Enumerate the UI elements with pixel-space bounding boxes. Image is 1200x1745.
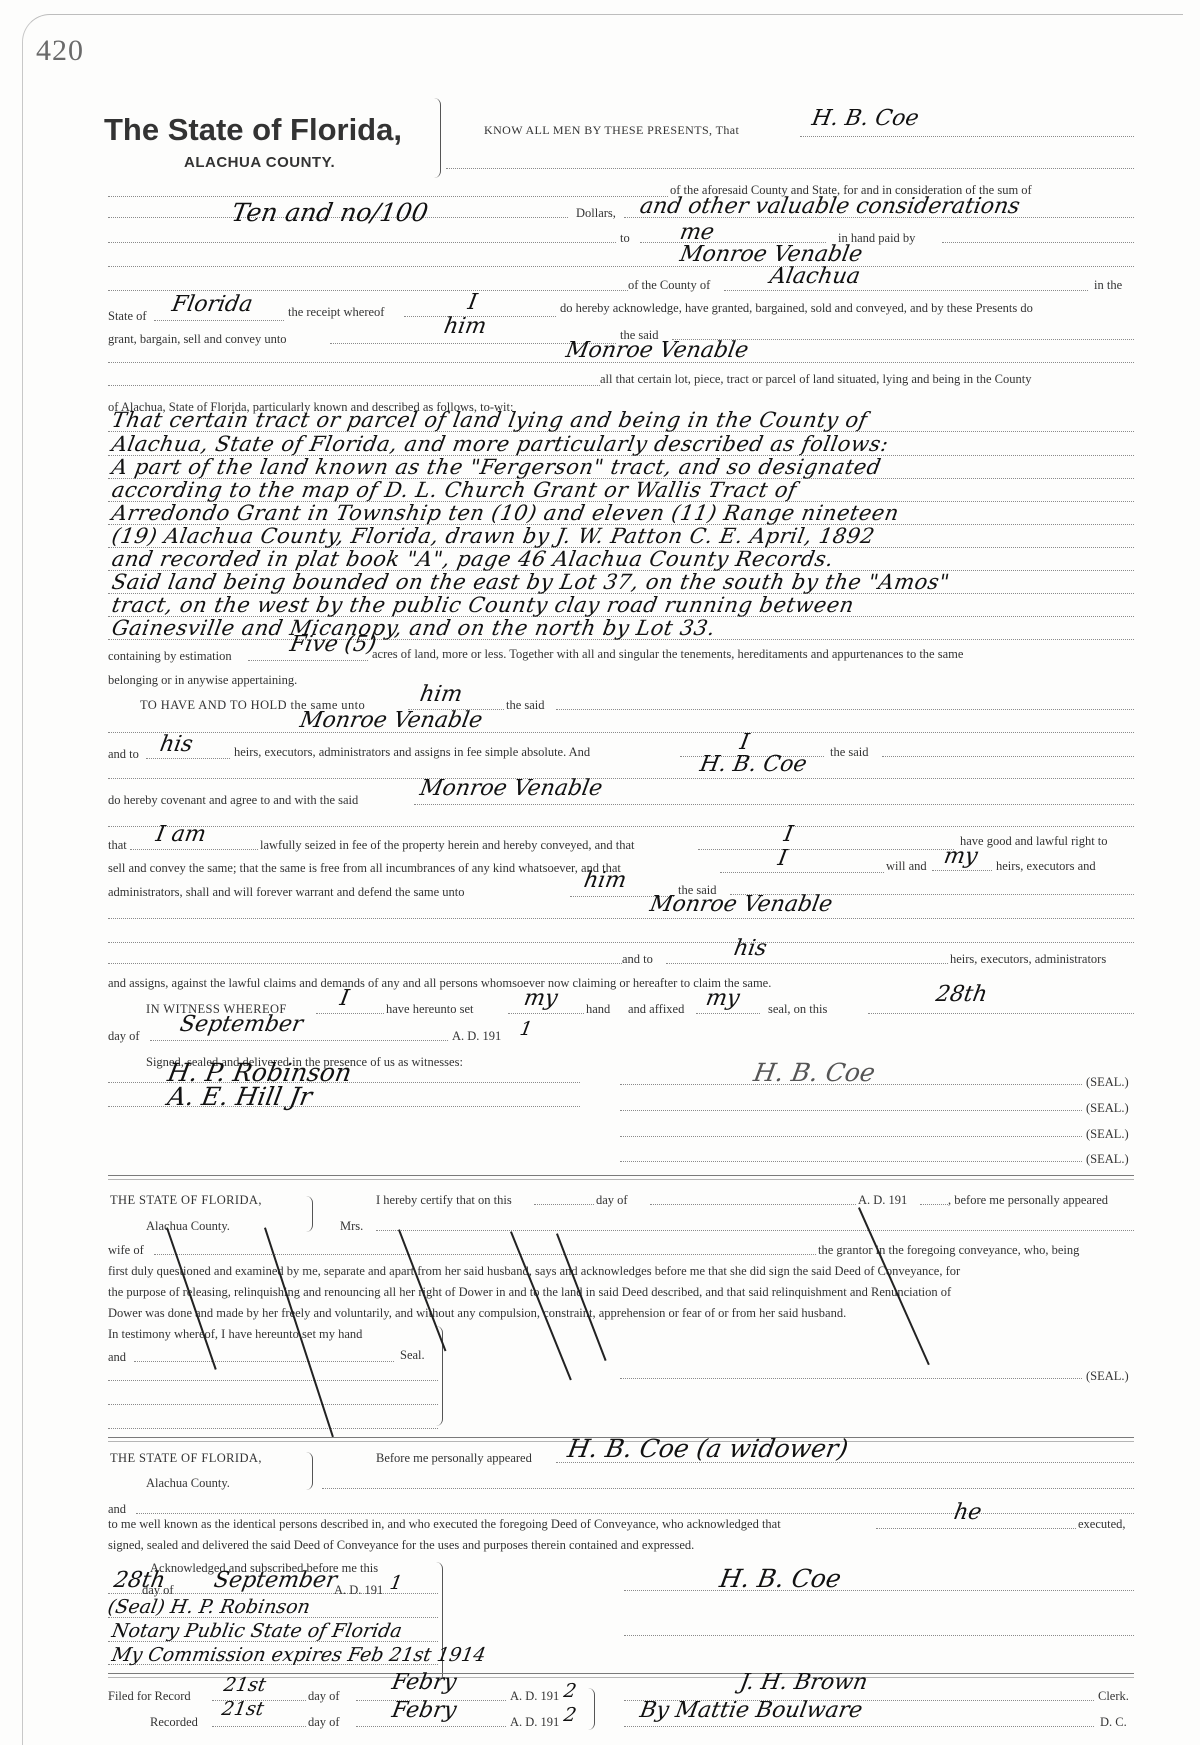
blank-line [108,1428,438,1429]
grantee-pronoun-handwritten: him [442,316,488,338]
ack-signature: H. B. Coe [718,1566,843,1591]
page-number: 420 [36,34,84,68]
affixed-line [696,1013,760,1014]
seal-label-2: (SEAL.) [1086,1102,1129,1115]
county-subtitle: ALACHUA COUNTY. [184,154,335,171]
deputy-line [624,1726,1094,1727]
dower-body-3: Dower was done and made by her freely an… [108,1307,846,1320]
deputy-handwritten: By Mattie Boulware [638,1700,864,1722]
filed-ad-label: A. D. 191 [510,1690,559,1703]
set-handwritten: my [522,988,559,1010]
blank-line [322,1488,1134,1489]
dower-seal-label: (SEAL.) [1086,1370,1129,1383]
notary-commission-handwritten: My Commission expires Feb 21st 1914 [110,1646,487,1665]
to-handwritten: me [678,222,716,244]
signature-line [620,1110,1082,1111]
and-to-handwritten: his [732,938,768,960]
grant-text: grant, bargain, sell and convey unto [108,333,287,346]
county-line [724,290,1088,291]
sell-text: sell and convey the same; that the same … [108,862,621,875]
month-handwritten: September [178,1014,304,1036]
other-consideration-handwritten: and other valuable considerations [638,196,1021,218]
receipt-whereof-label: the receipt whereof [288,306,384,319]
affixed-handwritten: my [704,988,741,1010]
blank-line [108,942,1134,943]
ack-and-label: and [108,1503,126,1516]
blank-line [108,1404,438,1405]
his-handwritten: his [158,734,194,756]
ad-label: A. D. 191 [452,1030,501,1043]
will-line [932,870,992,871]
have-good-text: have good and lawful right to [960,835,1108,848]
dower-body-2: the purpose of releasing, relinquishing … [108,1286,951,1299]
blank-line [942,242,1134,243]
description-line-7: and recorded in plat book "A", page 46 A… [110,549,835,570]
filed-label: Filed for Record [108,1690,191,1703]
blank-line [108,385,600,386]
and-affixed-label: and affixed [628,1003,684,1016]
testimony-text: In testimony whereof, I have hereunto se… [108,1328,362,1341]
ack-state: THE STATE OF FLORIDA, [110,1452,262,1465]
his-line [146,758,230,759]
of-county-label: of the County of [628,279,710,292]
grantor-signature: H. B. Coe [752,1060,877,1085]
recorded-day-line [212,1726,306,1727]
heirs-text: heirs, executors, administrators and ass… [234,746,590,759]
blank-line [136,1513,1134,1514]
the-said-label-2: the said [830,746,869,759]
admins-text: administrators, shall and will forever w… [108,886,464,899]
description-line-10: Gainesville and Micanopy, and on the nor… [110,618,717,639]
dc-label: D. C. [1100,1716,1127,1729]
assigns-text: and assigns, against the lawful claims a… [108,977,771,990]
heirs-exec-admin-text: heirs, executors, administrators [950,953,1106,966]
blank-line [556,709,1134,710]
description-line-5: Arredondo Grant in Township ten (10) and… [110,503,901,524]
recorded-month-line [356,1726,506,1727]
that-handwritten: I am [154,824,208,846]
description-line-3: A part of the land known as the "Fergers… [110,457,883,478]
known-text: to me well known as the identical person… [108,1518,781,1531]
and-label: and [108,1351,126,1364]
filed-day-handwritten: 21st [222,1676,267,1695]
blank-line [376,1230,1134,1231]
brace [306,1452,313,1490]
hand-label: hand [586,1003,610,1016]
before-me-text: , before me personally appeared [948,1194,1108,1207]
appeared-handwritten: H. B. Coe (a widower) [566,1436,850,1461]
grantee-line [108,732,1134,733]
seal-label-1: (SEAL.) [1086,1076,1129,1089]
seal-label: Seal. [400,1349,425,1362]
known-handwritten: he [952,1502,983,1524]
day-line [868,1013,1134,1014]
set-line [508,1013,584,1014]
grantor-text: the grantor in the foregoing conveyance,… [818,1244,1079,1257]
belonging-text: belonging or in anywise appertaining. [108,674,297,687]
sum-handwritten: Ten and no/100 [230,200,430,225]
will-handwritten: my [942,846,979,868]
blank-line [108,826,1134,827]
filed-month-handwritten: Febry [390,1672,458,1694]
mrs-label: Mrs. [340,1220,363,1233]
covenant-handwritten: Monroe Venable [418,778,604,800]
signature-line [620,1161,1082,1162]
know-all-men-text: KNOW ALL MEN BY THESE PRESENTS, That [484,124,739,136]
before-me-label: Before me personally appeared [376,1452,532,1465]
all-that-certain-text: all that certain lot, piece, tract or pa… [600,373,1031,386]
notary-title-handwritten: Notary Public State of Florida [110,1622,403,1641]
brace [434,98,441,178]
seal-label-3: (SEAL.) [1086,1128,1129,1141]
acres-line [248,660,368,661]
and-to-line [666,963,948,964]
dower-county: Alachua County. [146,1220,230,1233]
payer-line [108,266,1134,267]
brace [588,1688,595,1730]
signature-line [620,1378,1082,1379]
blank-line [134,1361,394,1362]
blank-line [108,963,622,964]
blank-line [154,1254,816,1255]
certify-text: I hereby certify that on this [376,1194,512,1207]
section-divider [108,1175,1134,1180]
habendum-grantee-handwritten: Monroe Venable [298,710,484,732]
to-label: to [620,232,630,245]
unto-handwritten: him [418,684,464,706]
seal-on-this-label: seal, on this [768,1003,827,1016]
dower-state: THE STATE OF FLORIDA, [110,1194,262,1207]
sell-line [720,872,884,873]
county-handwritten: Alachua [768,266,862,288]
clerk-handwritten: J. H. Brown [738,1672,869,1694]
have-hereunto-label: have hereunto set [386,1003,473,1016]
the-said-label: the said [506,699,545,712]
ack-month-handwritten: September [212,1570,338,1592]
description-line-8: Said land being bounded on the east by L… [110,572,951,593]
page-title: The State of Florida, [104,112,402,148]
witness-line [316,1013,384,1014]
defend-handwritten: Monroe Venable [648,894,834,916]
grantor-handwritten: H. B. Coe [810,108,920,130]
will-and-label: will and [886,860,927,873]
ack-county: Alachua County. [146,1477,230,1490]
signature-line [624,1590,1134,1591]
day-of-label: day of [108,1030,140,1043]
blank-line [650,1204,856,1205]
grantee-handwritten: Monroe Venable [564,340,750,362]
blank-line [108,196,668,197]
that-label: that [108,839,127,852]
deed-page: 420 The State of Florida, ALACHUA COUNTY… [0,0,1200,1745]
acres-text: acres of land, more or less. Together wi… [372,648,963,661]
witness-2-handwritten: A. E. Hill Jr [166,1084,314,1109]
ack-day-of-label: day of [142,1584,174,1597]
in-the-text: in the [1094,279,1122,292]
containing-label: containing by estimation [108,650,232,663]
state-line [154,320,284,321]
description-line-4: according to the map of D. L. Church Gra… [110,480,798,501]
covenant-line [414,804,1134,805]
description-line-2: Alachua, State of Florida, and more part… [110,434,890,455]
description-line-6: (19) Alachua County, Florida, drawn by J… [110,526,876,547]
recorded-label: Recorded [150,1716,198,1729]
blank-line [108,290,628,291]
month-line [150,1040,448,1041]
recorded-month-handwritten: Febry [390,1700,458,1722]
payer-handwritten: Monroe Venable [678,244,864,266]
ad-label: A. D. 191 [858,1194,907,1207]
blank-line [882,756,1134,757]
state-handwritten: Florida [170,294,254,316]
acknowledge-text: do hereby acknowledge, have granted, bar… [560,302,1033,315]
signature-line [620,1136,1082,1137]
ack-ad-label: A. D. 191 [334,1584,383,1597]
heirs-exec-text: heirs, executors and [996,860,1096,873]
and-to-label-2: and to [622,953,653,966]
description-line-1: That certain tract or parcel of land lyi… [110,410,869,431]
seal-label-4: (SEAL.) [1086,1153,1129,1166]
day-of-label: day of [596,1194,628,1207]
habendum-grantor-handwritten: H. B. Coe [698,754,808,776]
blank-line [920,1204,948,1205]
dower-body-1: first duly questioned and examined by me… [108,1265,960,1278]
that-line [130,849,258,850]
recorded-day-of-label: day of [308,1716,340,1729]
blank-line [108,242,616,243]
filed-day-of-label: day of [308,1690,340,1703]
day-handwritten: 28th [934,984,989,1006]
signature-line [624,1635,1134,1636]
description-line-9: tract, on the west by the public County … [110,595,856,616]
admins-handwritten: him [582,870,628,892]
acres-handwritten: Five (5) [288,634,378,656]
blank-line [446,168,1134,169]
seized-line [698,849,954,850]
dollars-label: Dollars, [576,207,616,220]
grantor-line [800,136,1134,137]
defend-line [108,918,1134,919]
brace [306,1196,313,1232]
and-to-label: and to [108,748,139,761]
recorded-day-handwritten: 21st [220,1700,265,1719]
covenant-text: do hereby covenant and agree to and with… [108,794,358,807]
executed-label: executed, [1078,1518,1126,1531]
known-line [876,1528,1076,1529]
signed-text: signed, sealed and delivered the said De… [108,1539,694,1552]
blank-line [534,1204,594,1205]
clerk-label: Clerk. [1098,1690,1129,1703]
state-of-label: State of [108,310,147,323]
grantor-line [108,778,1134,779]
notary-name-handwritten: (Seal) H. P. Robinson [106,1598,311,1617]
recorded-ad-label: A. D. 191 [510,1716,559,1729]
seized-text: lawfully seized in fee of the property h… [260,839,635,852]
wife-of-label: wife of [108,1244,144,1257]
blank-line [108,1380,438,1381]
